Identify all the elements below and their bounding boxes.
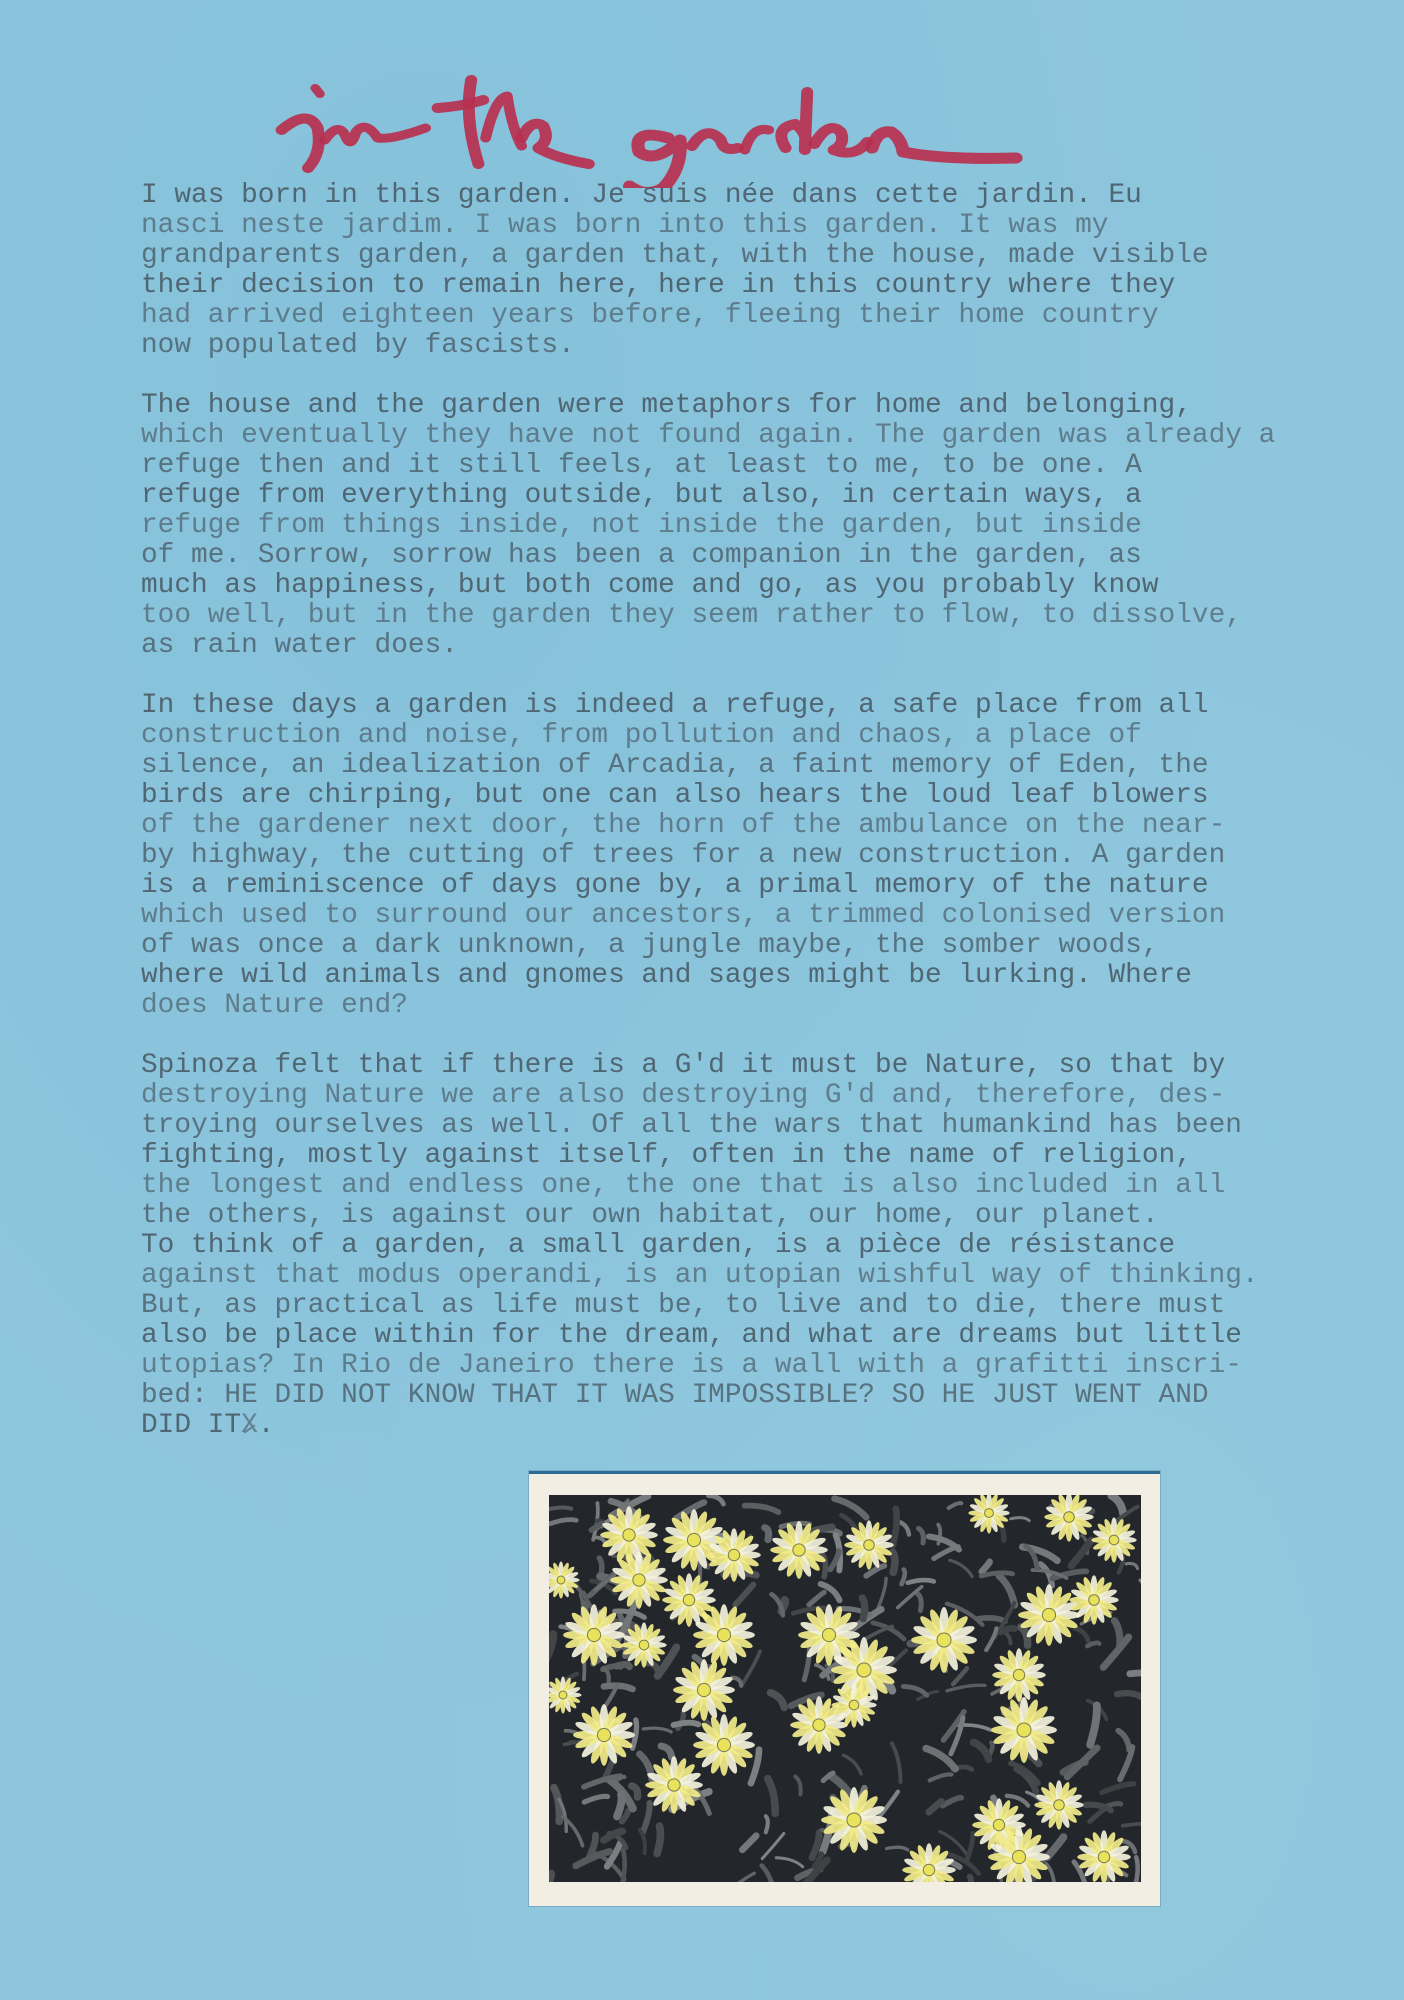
typewritten-text: I was born in this garden. Je suis née d… bbox=[141, 181, 1391, 1471]
paragraph-1: I was born in this garden. Je suis née d… bbox=[141, 181, 1391, 361]
text-line: To think of a garden, a small garden, is… bbox=[141, 1231, 1391, 1261]
text-line: In these days a garden is indeed a refug… bbox=[141, 691, 1391, 721]
text-line: which used to surround our ancestors, a … bbox=[141, 901, 1391, 931]
text-line: of me. Sorrow, sorrow has been a compani… bbox=[141, 541, 1391, 571]
text-line: which eventually they have not found aga… bbox=[141, 421, 1391, 451]
text-line: refuge then and it still feels, at least… bbox=[141, 451, 1391, 481]
text-line: against that modus operandi, is an utopi… bbox=[141, 1261, 1391, 1291]
text-line: bed: HE DID NOT KNOW THAT IT WAS IMPOSSI… bbox=[141, 1381, 1391, 1411]
flower-photo-image bbox=[549, 1495, 1141, 1882]
text-line: Spinoza felt that if there is a G'd it m… bbox=[141, 1051, 1391, 1081]
text-line: of was once a dark unknown, a jungle may… bbox=[141, 931, 1391, 961]
text-line: as rain water does. bbox=[141, 631, 1391, 661]
text-line: But, as practical as life must be, to li… bbox=[141, 1291, 1391, 1321]
text-line: troying ourselves as well. Of all the wa… bbox=[141, 1111, 1391, 1141]
text-line: where wild animals and gnomes and sages … bbox=[141, 961, 1391, 991]
paragraph-2: The house and the garden were metaphors … bbox=[141, 391, 1391, 661]
text-line: does Nature end? bbox=[141, 991, 1391, 1021]
text-line: the longest and endless one, the one tha… bbox=[141, 1171, 1391, 1201]
text-line: also be place within for the dream, and … bbox=[141, 1321, 1391, 1351]
text-line: utopias? In Rio de Janeiro there is a wa… bbox=[141, 1351, 1391, 1381]
text-line: too well, but in the garden they seem ra… bbox=[141, 601, 1391, 631]
pasted-photograph bbox=[529, 1471, 1160, 1906]
text-line: construction and noise, from pollution a… bbox=[141, 721, 1391, 751]
handwritten-title: in the garden bbox=[272, 68, 1042, 188]
text-line: by highway, the cutting of trees for a n… bbox=[141, 841, 1391, 871]
struck-out-character: X bbox=[241, 1411, 258, 1441]
text-line: refuge from everything outside, but also… bbox=[141, 481, 1391, 511]
text-line: birds are chirping, but one can also hea… bbox=[141, 781, 1391, 811]
title-brush-lettering: in the garden bbox=[272, 68, 1042, 188]
text-line: had arrived eighteen years before, fleei… bbox=[141, 301, 1391, 331]
text-line: silence, an idealization of Arcadia, a f… bbox=[141, 751, 1391, 781]
text-line: grandparents garden, a garden that, with… bbox=[141, 241, 1391, 271]
text-line: their decision to remain here, here in t… bbox=[141, 271, 1391, 301]
paragraph-4: Spinoza felt that if there is a G'd it m… bbox=[141, 1051, 1391, 1441]
paragraph-3: In these days a garden is indeed a refug… bbox=[141, 691, 1391, 1021]
text-line-final: DID ITX. bbox=[141, 1411, 1391, 1441]
text-line: of the gardener next door, the horn of t… bbox=[141, 811, 1391, 841]
text-line: fighting, mostly against itself, often i… bbox=[141, 1141, 1391, 1171]
text-line: the others, is against our own habitat, … bbox=[141, 1201, 1391, 1231]
text-line: is a reminiscence of days gone by, a pri… bbox=[141, 871, 1391, 901]
flowers-illustration bbox=[549, 1495, 1141, 1882]
text-line: The house and the garden were metaphors … bbox=[141, 391, 1391, 421]
text-line: destroying Nature we are also destroying… bbox=[141, 1081, 1391, 1111]
text-line: much as happiness, but both come and go,… bbox=[141, 571, 1391, 601]
text-line: I was born in this garden. Je suis née d… bbox=[141, 181, 1391, 211]
text-line: now populated by fascists. bbox=[141, 331, 1391, 361]
text-line: refuge from things inside, not inside th… bbox=[141, 511, 1391, 541]
text-line: nasci neste jardim. I was born into this… bbox=[141, 211, 1391, 241]
